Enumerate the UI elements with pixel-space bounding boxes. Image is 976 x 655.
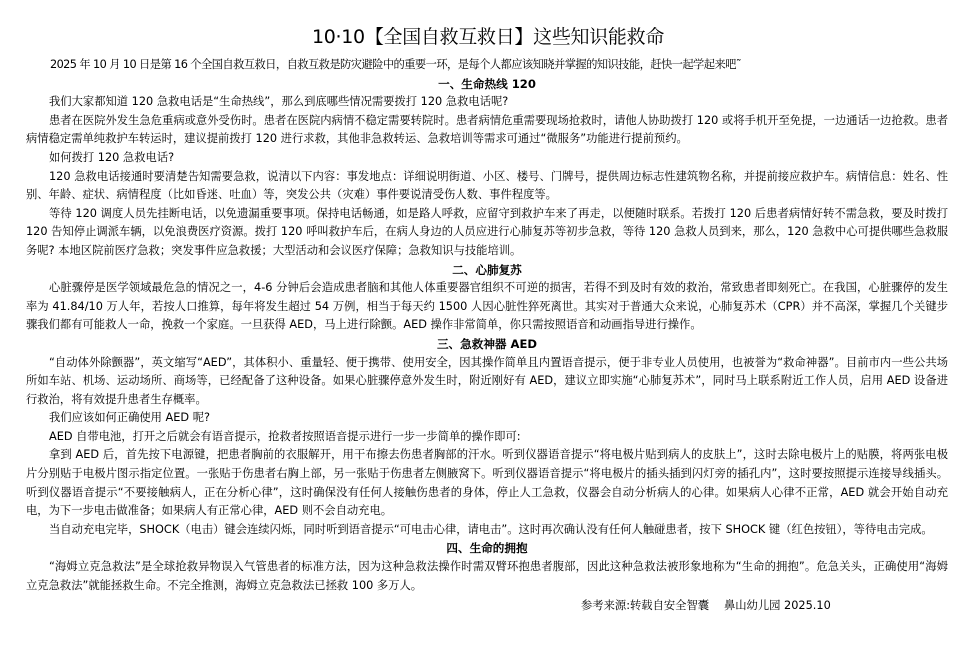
- paragraph: 等待 120 调度人员先挂断电话，以免遗漏重要事项。保持电话畅通，如是路人呼救，…: [26, 205, 948, 261]
- paragraph: 我们应该如何正确使用 AED 呢?: [26, 409, 948, 428]
- intro-paragraph: 2025 年 10 月 10 日是第 16 个全国自救互救日，自救互救是防灾避险…: [26, 56, 948, 75]
- section-heading-cpr: 二、心肺复苏: [26, 261, 948, 280]
- section-heading-hotline: 一、生命热线 120: [26, 75, 948, 94]
- paragraph: 拿到 AED 后，首先按下电源键，把患者胸前的衣服解开，用干布擦去伤患者胸部的汗…: [26, 446, 948, 520]
- paragraph: 心脏骤停是医学领域最危急的情况之一，4-6 分钟后会造成患者脑和其他人体重要器官…: [26, 279, 948, 335]
- section-heading-heimlich: 四、生命的拥抱: [26, 539, 948, 558]
- paragraph: “自动体外除颤器”，英文缩写“AED”，其体积小、重量轻、便于携带、使用安全，因…: [26, 354, 948, 410]
- section-heading-aed: 三、急救神器 AED: [26, 335, 948, 354]
- document-page: 10·10【全国自救互救日】这些知识能救命 2025 年 10 月 10 日是第…: [0, 0, 976, 655]
- document-title: 10·10【全国自救互救日】这些知识能救命: [0, 24, 976, 50]
- paragraph: 如何拨打 120 急救电话?: [26, 149, 948, 168]
- paragraph: 患者在医院外发生急危重病或意外受伤时。患者在医院内病情不稳定需要转院时。患者病情…: [26, 112, 948, 149]
- paragraph: “海姆立克急救法”是全球抢救异物误入气管患者的标准方法，因为这种急救法操作时需双…: [26, 558, 948, 595]
- source-attribution: 参考来源:转载自安全智囊 鼻山幼儿园 2025.10: [26, 595, 948, 617]
- paragraph: AED 自带电池，打开之后就会有语音提示，抢救者按照语音提示进行一步一步简单的操…: [26, 428, 948, 447]
- document-body: 2025 年 10 月 10 日是第 16 个全国自救互救日，自救互救是防灾避险…: [26, 56, 948, 617]
- paragraph: 我们大家都知道 120 急救电话是“生命热线”，那么到底哪些情况需要拨打 120…: [26, 93, 948, 112]
- paragraph: 120 急救电话接通时要清楚告知需要急救，说清以下内容：事发地点：详细说明街道、…: [26, 168, 948, 205]
- paragraph: 当自动充电完毕，SHOCK（电击）键会连续闪烁，同时听到语音提示“可电击心律，请…: [26, 521, 948, 540]
